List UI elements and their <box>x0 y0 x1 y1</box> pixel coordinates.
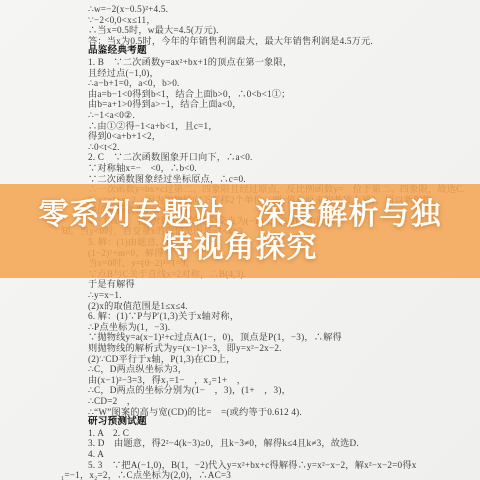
document-line: ∵对称轴x=− <0，∴b<0. <box>88 163 480 174</box>
document-line: 由(x−1)²−3=3，得x₁=1− ，x₂=1+ ， <box>88 375 480 386</box>
document-line: 6. 解：(1)∵P与P′(1,3)关于x轴对称， <box>88 311 480 322</box>
section-header: 品鉴经典考题 <box>88 46 480 57</box>
document-line: ∵二次函数图象经过坐标原点，∴c=0. <box>88 174 480 185</box>
watermark-banner: 零系列专题站，深度解析与独 特视角探究 <box>0 184 480 278</box>
document-line: ∴由①②得−1<a+b<1，且c=1， <box>88 121 480 132</box>
banner-text-line1: 零系列专题站，深度解析与独 <box>39 199 442 231</box>
document-line: 得到0<a+b+1<2， <box>88 131 480 142</box>
document-line: ∴C，D两点的坐标分别为(1− ，3)，(1+ ，3)， <box>88 385 480 396</box>
document-line: ∴C，D两点纵坐标为3， <box>88 364 480 375</box>
document-line: ∴−1<a<0②. <box>88 110 480 121</box>
document-line: 由b=a+1>0得到a>−1，结合上面a<0， <box>88 99 480 110</box>
document-line: 由a=b−1<0得到b<1，结合上面b>0，∴0<b<1①； <box>88 89 480 100</box>
document-line: 4. A <box>88 449 480 460</box>
document-line: ∴w=−2(x−0.5)²+4.5. <box>88 4 480 15</box>
section-header: 研习预测试题 <box>88 417 480 428</box>
document-line: ∴a−b+1=0，a<0，b>0. <box>88 78 480 89</box>
document-line: ∴P点坐标为(1，−3). <box>88 322 480 333</box>
document-line: 1. A 2. C <box>88 428 480 439</box>
document-line: ₁=−1，x₂=2，∴C点坐标为(2,0)，∴AC=3 <box>61 470 480 480</box>
document-line: (2)x的取值范围是1≤x≤4. <box>88 301 480 312</box>
document-line: ∴y=x−1. <box>88 290 480 301</box>
document-line: 于是有解得 <box>88 279 480 290</box>
document-line: 且经过点(−1,0)， <box>88 68 480 79</box>
document-line: ∵抛物线y=a(x−1)²+c过点A(1−，0)，顶点是P(1，−3)，∴解得 <box>88 332 480 343</box>
banner-text-line2: 特视角探究 <box>163 232 318 264</box>
document-line: ∴当x=0.5时，w最大=4.5(万元). <box>88 25 480 36</box>
document-line: ∴CD=2 ， <box>88 396 480 407</box>
scanned-document-page: ∴w=−2(x−0.5)²+4.5.∵−2<0,0<x≤11，∴当x=0.5时，… <box>0 0 480 480</box>
document-line: ∵−2<0,0<x≤11， <box>88 15 480 26</box>
document-line: 3. D 由题意，得2²−4(k−3)≥0，且k−3≠0，解得k≤4且k≠3，故… <box>88 438 480 449</box>
document-line: 则抛物线的解析式为y=(x−1)²−3，即y=x²−2x−2. <box>88 343 480 354</box>
document-line: (2)∵CD平行于x轴，P(1,3)在CD上， <box>88 354 480 365</box>
document-line: 1. B ∵二次函数y=ax²+bx+1的顶点在第一象限， <box>88 57 480 68</box>
document-line: ∴0<t<2. <box>88 142 480 153</box>
document-line: 2. C ∵二次函数图象开口向下，∴a<0. <box>88 152 480 163</box>
document-line: 5. 3 ∵把A(−1,0)，B(1，−2)代入y=x²+bx+c得解得∴y=x… <box>88 460 480 471</box>
